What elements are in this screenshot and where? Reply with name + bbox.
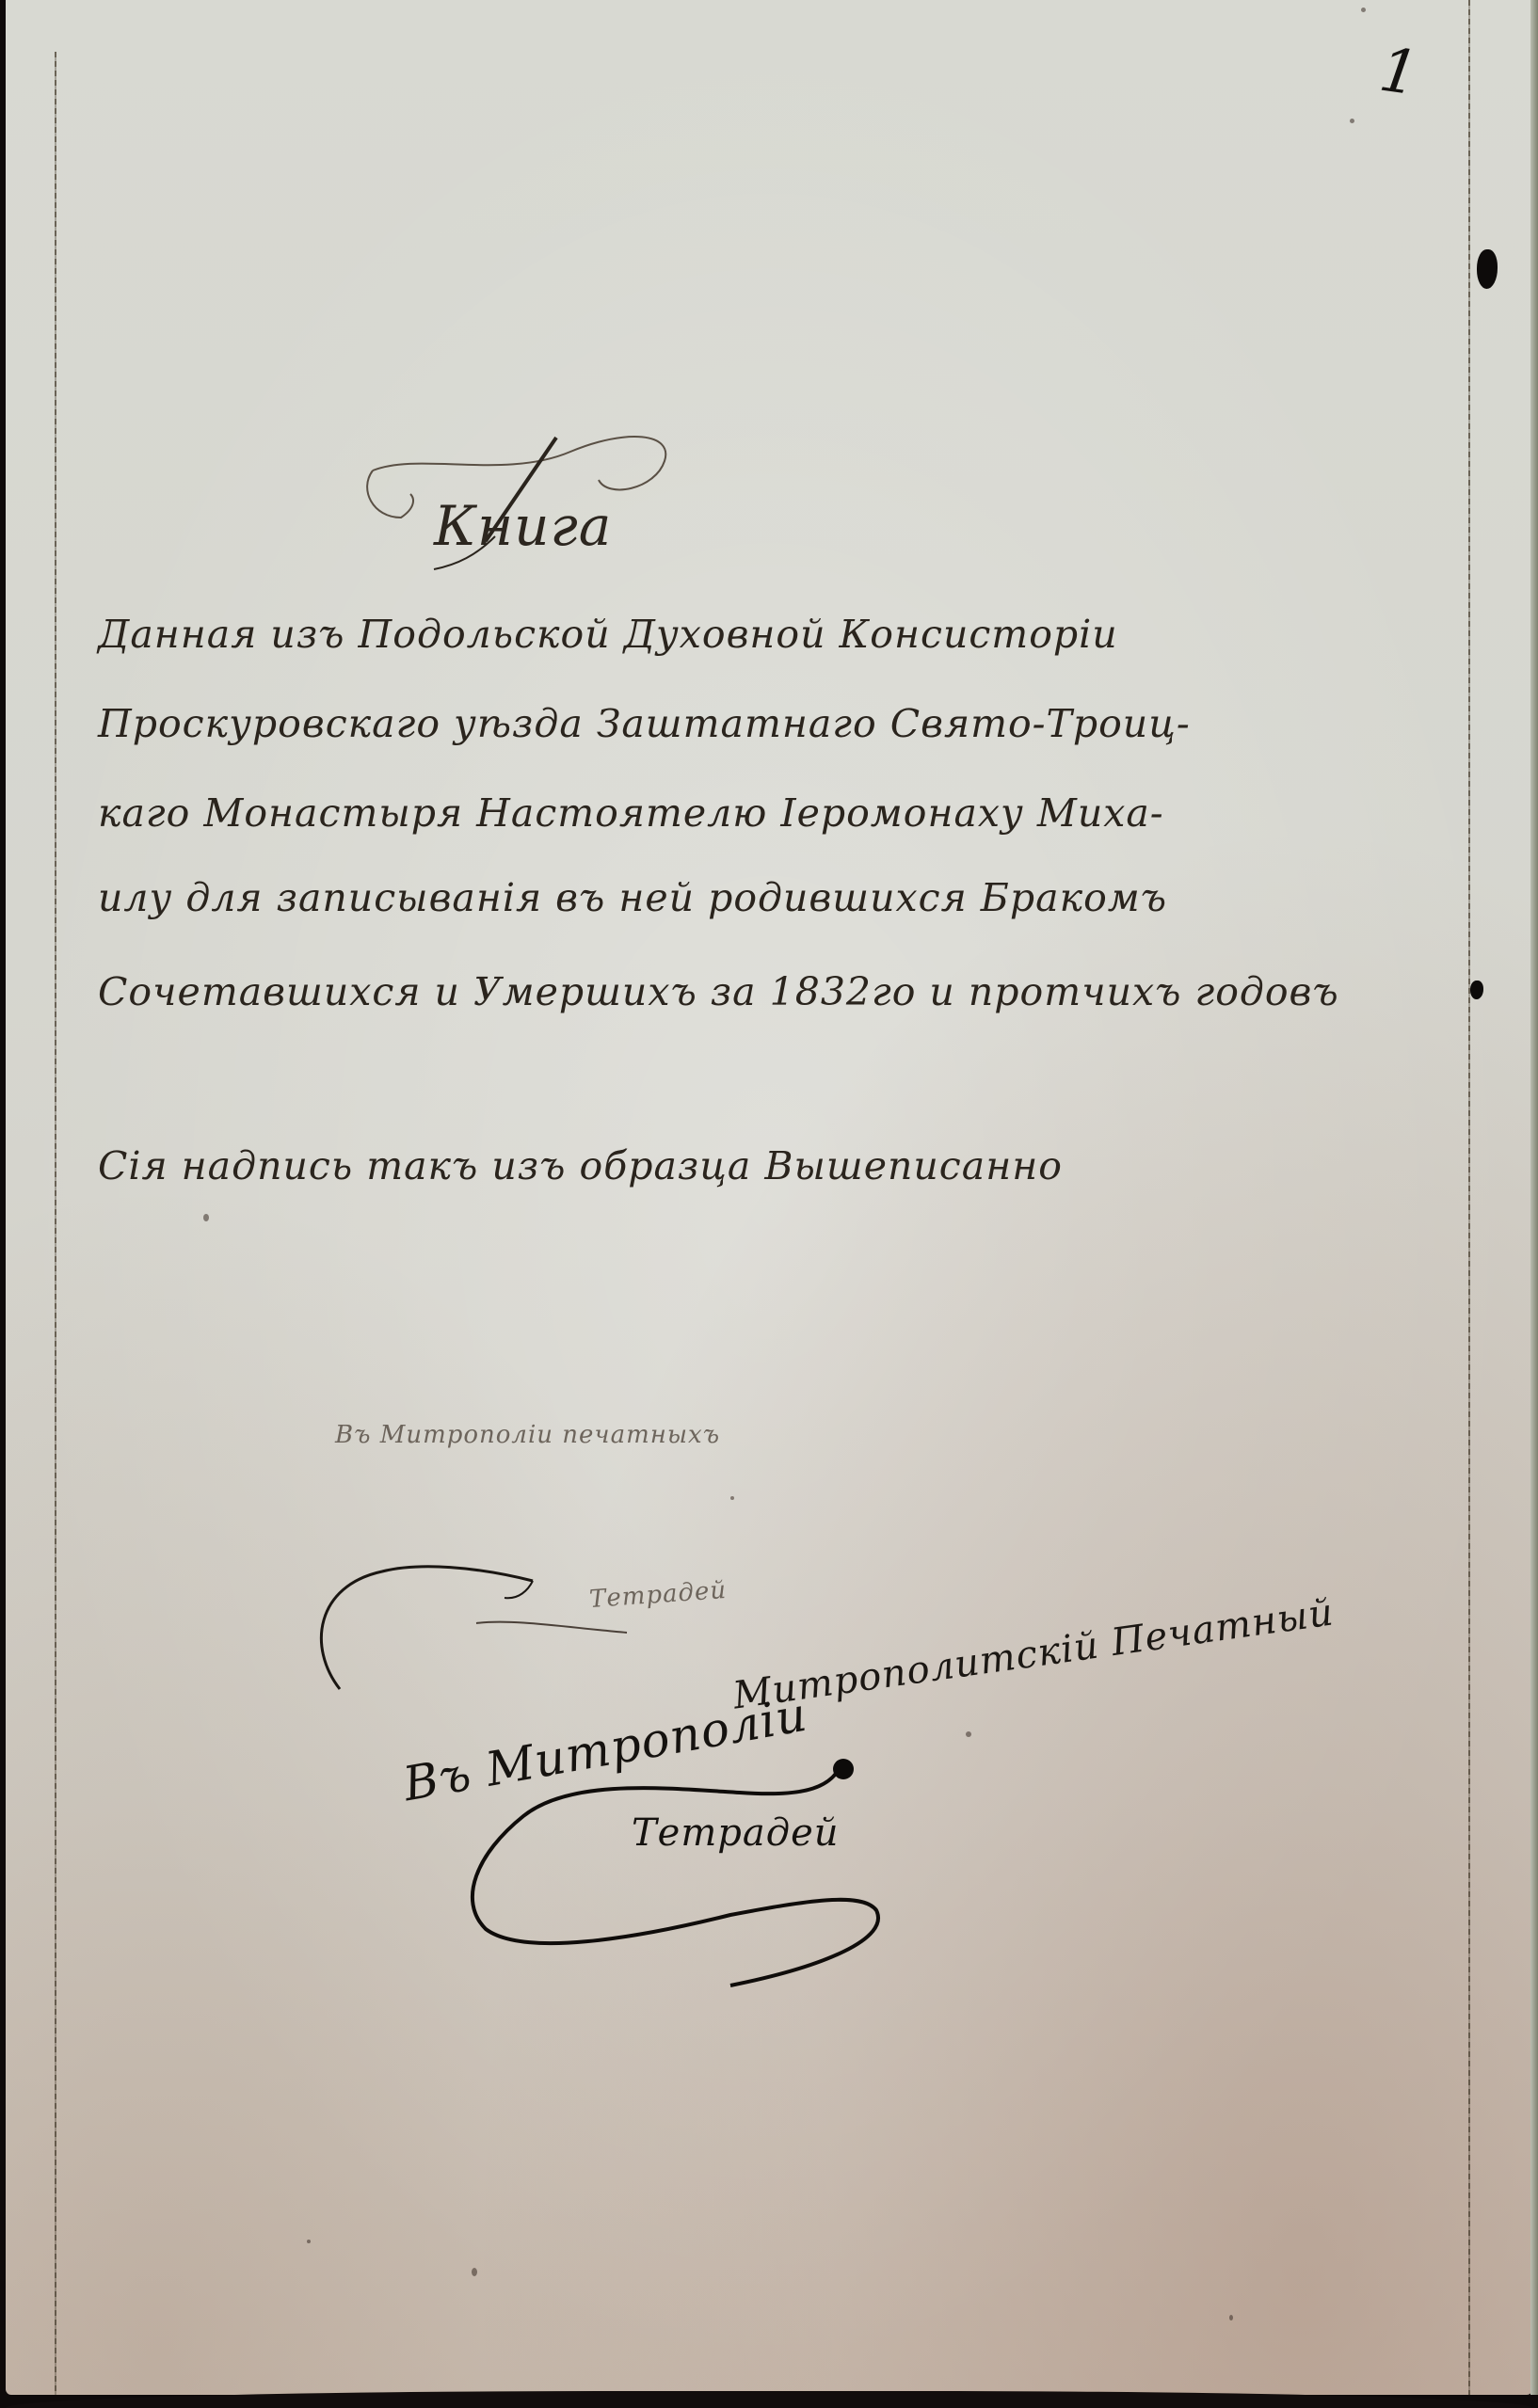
paper-speck — [1229, 2315, 1233, 2320]
signature-flourish-upper — [288, 1562, 665, 1713]
body-line-1: Данная изъ Подольской Духовной Консистор… — [98, 612, 1118, 657]
document-page: 1 Книга Данная изъ Подольской Духовной К… — [6, 0, 1532, 2395]
paper-speck — [203, 1214, 209, 1221]
paper-speck — [472, 2268, 477, 2276]
signature-line-1: Митрополитскій Печатный — [730, 1590, 1337, 1717]
signature-flourish-lower — [448, 1750, 937, 1995]
note-line: Сія надпись такъ изъ образца Вышеписанно — [98, 1143, 1063, 1188]
page-edge — [1530, 0, 1538, 2395]
body-line-2: Проскуровскаго уѣзда Заштатнаго Свято-Тр… — [98, 701, 1191, 746]
right-margin-rule — [1468, 0, 1470, 2395]
body-line-5: Сочетавшихся и Умершихъ за 1832го и прот… — [98, 969, 1339, 1014]
paper-speck — [966, 1731, 971, 1737]
ink-blot — [1470, 981, 1483, 999]
ink-blot — [1477, 249, 1498, 289]
paper-speck — [730, 1496, 734, 1500]
paper-speck — [1361, 8, 1366, 12]
signature-line-3: Тетрадей — [632, 1811, 840, 1855]
document-title: Книга — [434, 494, 612, 558]
body-line-4: илу для записыванія въ ней родившихся Бр… — [98, 875, 1167, 920]
body-line-3: каго Монастыря Настоятелю Іеромонаху Мих… — [98, 790, 1164, 836]
signature-faint-line: Въ Митрополіи печатныхъ — [335, 1421, 720, 1449]
page-number: 1 — [1375, 36, 1423, 110]
paper-speck — [1350, 119, 1354, 123]
paper-speck — [307, 2240, 311, 2243]
left-margin-rule — [55, 52, 56, 2395]
